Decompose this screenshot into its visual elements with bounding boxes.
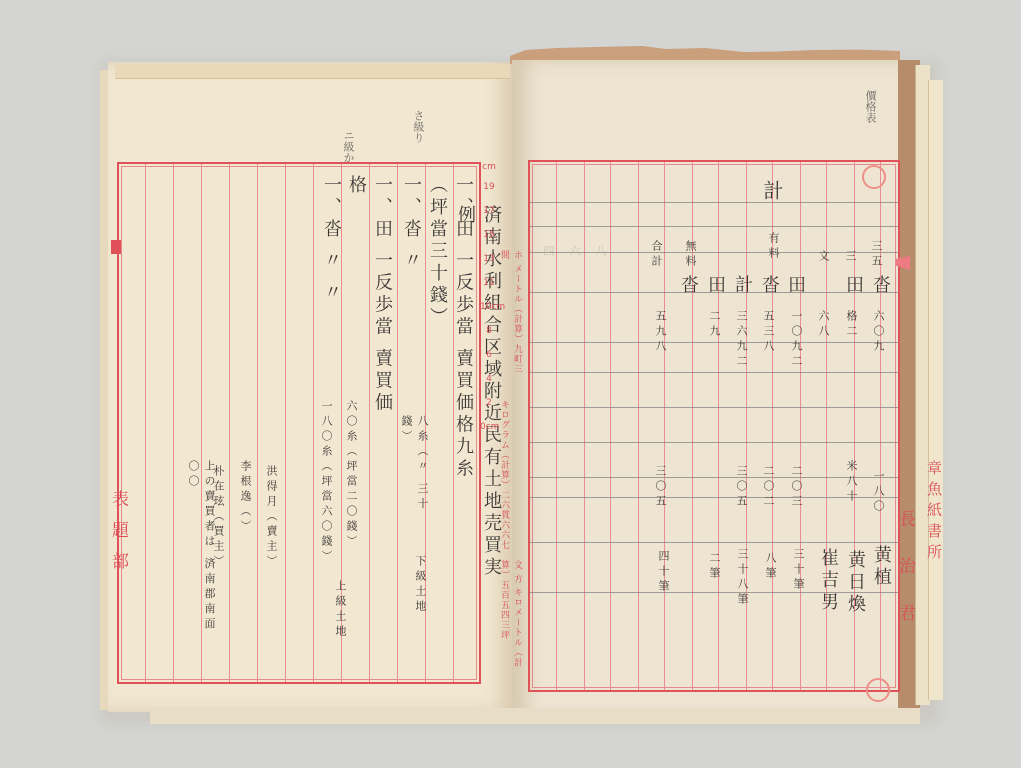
value2-5: 三〇五 bbox=[733, 465, 749, 510]
top-pencil-note: 價格表 bbox=[862, 90, 878, 123]
value-2: 格二 bbox=[843, 310, 859, 340]
pencil-col-1: 四 bbox=[540, 245, 556, 256]
row-marker-3: 文 bbox=[815, 250, 831, 265]
count-1: 三十筆 bbox=[790, 548, 806, 593]
value2-2: 米八十 bbox=[843, 460, 859, 505]
left-side-print: 表題部 bbox=[106, 490, 131, 583]
pencil-col-3: 八 bbox=[592, 245, 608, 256]
signature-note: 上の賣買者は 済南郡南面〇〇 bbox=[185, 460, 217, 640]
side-char: 題 bbox=[108, 521, 128, 552]
margin-note-2: ニ級か bbox=[340, 130, 356, 163]
label-paid: 有料 bbox=[765, 232, 781, 262]
value2-1: 一八〇 bbox=[870, 470, 886, 515]
entry-2-value: 八糸（〃 三十錢） bbox=[398, 415, 430, 535]
punch-hole-top bbox=[862, 165, 886, 189]
signature-seller: 洪得月（賣主） bbox=[263, 465, 279, 570]
name-3: 崔吉男 bbox=[815, 548, 841, 614]
value-8: 五九八 bbox=[652, 310, 668, 355]
signature-2: 李根逸（） bbox=[237, 460, 253, 535]
value-7: 二九 bbox=[706, 310, 722, 340]
label-free: 無料 bbox=[682, 240, 698, 270]
name-2: 黄日煥 bbox=[842, 550, 868, 616]
entry-3: 一、田 一反歩當 賣買価格 bbox=[343, 175, 395, 415]
field-type-4: 沓 bbox=[756, 275, 782, 297]
ruler-print-3: 文 方 キロメートル（計算）五百五四三坪 bbox=[498, 560, 524, 680]
stacked-pages-back bbox=[928, 80, 943, 700]
left-page-top-fold bbox=[115, 64, 510, 79]
side-char: 部 bbox=[108, 552, 128, 583]
count-3: 三十八筆 bbox=[734, 548, 750, 608]
pencil-col-2: 六 bbox=[566, 245, 582, 256]
count-5: 四十筆 bbox=[655, 550, 671, 595]
entry-2: 一、沓 〃 bbox=[398, 175, 424, 375]
row-marker-2: 三 bbox=[842, 250, 858, 265]
back-pages-side-print: 章魚紙書所 bbox=[924, 460, 945, 565]
margin-note-1: さ級り bbox=[410, 110, 426, 143]
label-grand-total: 合計 bbox=[648, 240, 664, 270]
grade-lower: 下級土地 bbox=[412, 555, 428, 615]
binding-ruler: cm 19 17 15 13 11 10cm 8 6 4 2 0cm bbox=[480, 160, 498, 434]
value-3: 六八 bbox=[815, 310, 831, 340]
field-type-7: 沓 bbox=[675, 275, 701, 297]
header-total: 計 bbox=[758, 180, 787, 204]
right-side-print: 長治君 bbox=[893, 510, 918, 651]
entry-4: 一、沓 〃 〃 bbox=[318, 175, 344, 375]
field-type-3: 田 bbox=[782, 275, 808, 297]
side-char: 表 bbox=[108, 490, 128, 521]
entry-3-value: 六〇糸（坪當二〇錢） bbox=[343, 400, 359, 550]
field-type-2: 田 bbox=[840, 275, 866, 297]
ruler-print-2: キログラム（計算）二六貫六六七 bbox=[498, 400, 511, 550]
grade-upper: 上級土地 bbox=[332, 580, 348, 640]
red-tab-marker bbox=[111, 240, 121, 254]
value-1: 六〇九 bbox=[870, 310, 886, 355]
punch-hole-bottom bbox=[866, 678, 890, 702]
field-type-6: 田 bbox=[702, 275, 728, 297]
name-1: 黄植 bbox=[868, 545, 894, 589]
value2-3: 二〇三 bbox=[788, 465, 804, 510]
value-5: 五三八 bbox=[760, 310, 776, 355]
ruler-print-1: ホ メートル（計算）九町三間 bbox=[498, 250, 524, 380]
field-type-1: 沓 bbox=[867, 275, 893, 297]
count-4: 二筆 bbox=[706, 552, 722, 582]
value2-6: 三〇五 bbox=[652, 465, 668, 510]
entry-4-value: 一八〇糸（坪當六〇錢） bbox=[318, 400, 334, 560]
field-type-5: 計 bbox=[729, 275, 755, 297]
value2-4: 二〇二 bbox=[760, 465, 776, 510]
page-bottom-edges bbox=[150, 708, 920, 724]
value-4: 一〇九二 bbox=[788, 310, 804, 370]
row-marker-1: 三五 bbox=[868, 240, 884, 270]
value-6: 三六九二 bbox=[733, 310, 749, 370]
count-2: 八筆 bbox=[762, 552, 778, 582]
entry-1: 一、田 一反歩當 賣買価格九糸（坪當三十錢） bbox=[424, 175, 476, 515]
